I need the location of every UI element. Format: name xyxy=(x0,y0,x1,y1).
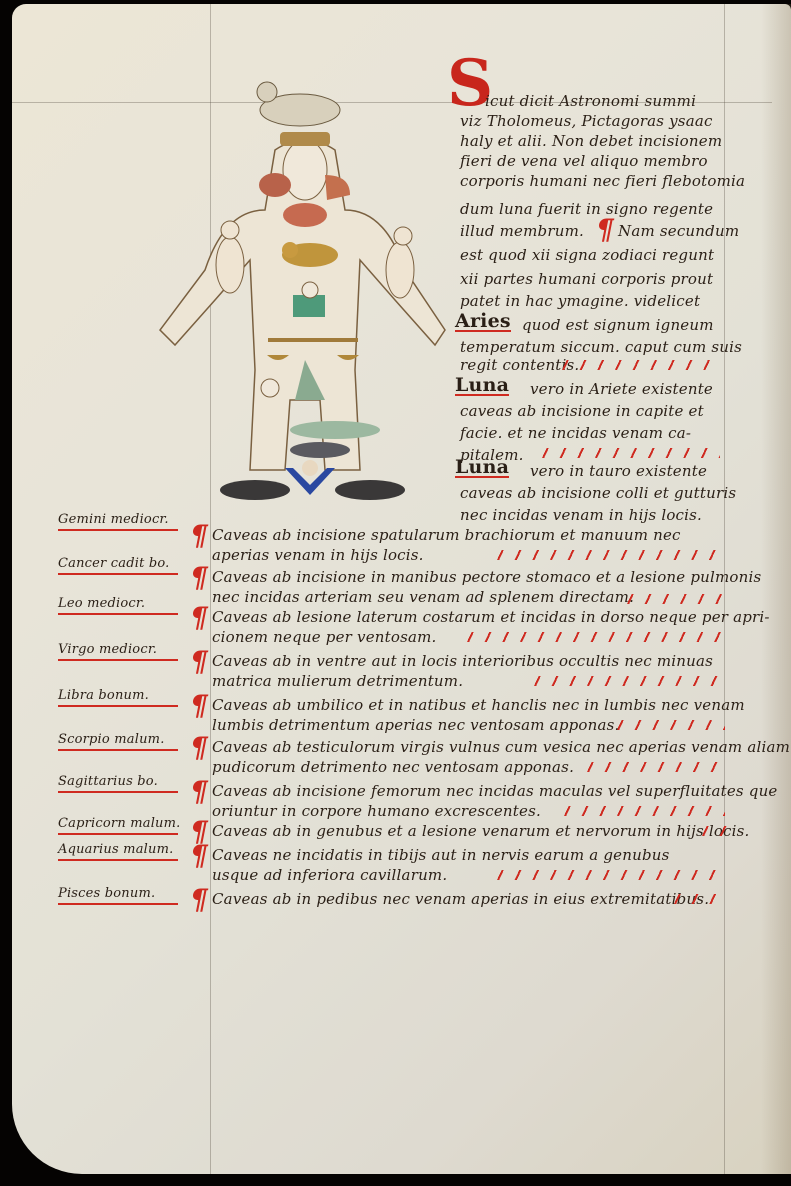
entry-text: Caveas ab incisione in manibus pectore s… xyxy=(212,568,761,586)
rubric-nam: Nam secundum xyxy=(618,222,739,240)
red-line-filler xyxy=(540,448,720,458)
text-line: illud membrum. xyxy=(460,222,584,240)
red-line-filler xyxy=(465,632,725,642)
entry-text: usque ad inferiora cavillarum. xyxy=(212,866,447,884)
entry-text: oriuntur in corpore humano excrescentes. xyxy=(212,802,541,820)
text-line: fieri de vena vel aliquo membro xyxy=(460,152,708,170)
text-line: viz Tholomeus, Pictagoras ysaac xyxy=(460,112,713,130)
margin-label: Libra bonum. xyxy=(58,688,178,707)
margin-label: Leo mediocr. xyxy=(58,596,178,615)
red-line-filler xyxy=(700,826,728,836)
red-line-filler xyxy=(532,676,725,686)
entry-text: Caveas ne incidatis in tibijs aut in ner… xyxy=(212,846,670,864)
red-line-filler xyxy=(615,720,725,730)
red-line-filler xyxy=(585,762,725,772)
entry-text: nec incidas arteriam seu venam ad splene… xyxy=(212,588,634,606)
zodiac-man-illustration xyxy=(155,70,455,520)
entry-text: Caveas ab in genubus et a lesione venaru… xyxy=(212,822,750,840)
red-line-filler xyxy=(495,550,725,560)
pilcrow-mark: ¶ xyxy=(190,734,208,762)
entry-text: Caveas ab in ventre aut in locis interio… xyxy=(212,652,713,670)
red-line-filler xyxy=(560,360,720,370)
entry-text: aperias venam in hijs locis. xyxy=(212,546,424,564)
margin-label: Capricorn malum. xyxy=(58,816,178,835)
entry-text: Caveas ab incisione spatularum brachioru… xyxy=(212,526,681,544)
pilcrow-mark: ¶ xyxy=(190,692,208,720)
entry-text: cionem neque per ventosam. xyxy=(212,628,437,646)
margin-label: Scorpio malum. xyxy=(58,732,178,751)
text-line: vero in tauro existente xyxy=(530,462,707,480)
entry-text: Caveas ab testiculorum virgis vulnus cum… xyxy=(212,738,790,756)
entry-text: lumbis detrimentum aperias nec ventosam … xyxy=(212,716,620,734)
pilcrow-mark: ¶ xyxy=(190,564,208,592)
entry-text: Caveas ab incisione femorum nec incidas … xyxy=(212,782,778,800)
pilcrow-mark: ¶ xyxy=(596,216,614,244)
entry-text: matrica mulierum detrimentum. xyxy=(212,672,463,690)
entry-text: pudicorum detrimento nec ventosam appona… xyxy=(212,758,574,776)
text-line: icut dicit Astronomi summi xyxy=(485,92,696,110)
heading-luna-1: Luna xyxy=(455,376,509,396)
text-line: facie. et ne incidas venam ca- xyxy=(460,424,691,442)
margin-label: Aquarius malum. xyxy=(58,842,178,861)
margin-label: Pisces bonum. xyxy=(58,886,178,905)
heading-aries: Aries xyxy=(455,312,511,332)
text-line: caveas ab incisione colli et gutturis xyxy=(460,484,736,502)
text-line: est quod xii signa zodiaci regunt xyxy=(460,246,714,264)
text-line: haly et alii. Non debet incisionem xyxy=(460,132,722,150)
margin-label: Cancer cadit bo. xyxy=(58,556,178,575)
entry-text: Caveas ab in pedibus nec venam aperias i… xyxy=(212,890,709,908)
text-line: quod est signum igneum xyxy=(522,316,714,334)
heading-luna-2: Luna xyxy=(455,458,509,478)
text-line: corporis humani nec fieri flebotomia xyxy=(460,172,745,190)
text-line: nec incidas venam in hijs locis. xyxy=(460,506,702,524)
pilcrow-mark: ¶ xyxy=(190,886,208,914)
pilcrow-mark: ¶ xyxy=(190,522,208,550)
pilcrow-mark: ¶ xyxy=(190,842,208,870)
red-line-filler xyxy=(562,806,725,816)
text-line: patet in hac ymagine. videlicet xyxy=(460,292,700,310)
entry-text: Caveas ab umbilico et in natibus et hanc… xyxy=(212,696,745,714)
margin-label: Sagittarius bo. xyxy=(58,774,178,793)
text-line: temperatum siccum. caput cum suis xyxy=(460,338,742,356)
text-line: caveas ab incisione in capite et xyxy=(460,402,704,420)
margin-label: Virgo mediocr. xyxy=(58,642,178,661)
text-line: vero in Ariete existente xyxy=(530,380,713,398)
red-line-filler xyxy=(672,894,725,904)
text-line: xii partes humani corporis prout xyxy=(460,270,713,288)
entry-text: Caveas ab lesione laterum costarum et in… xyxy=(212,608,770,626)
red-line-filler xyxy=(495,870,725,880)
red-line-filler xyxy=(625,594,725,604)
margin-label: Gemini mediocr. xyxy=(58,512,178,531)
pilcrow-mark: ¶ xyxy=(190,648,208,676)
pilcrow-mark: ¶ xyxy=(190,778,208,806)
pilcrow-mark: ¶ xyxy=(190,604,208,632)
text-line: dum luna fuerit in signo regente xyxy=(460,200,713,218)
